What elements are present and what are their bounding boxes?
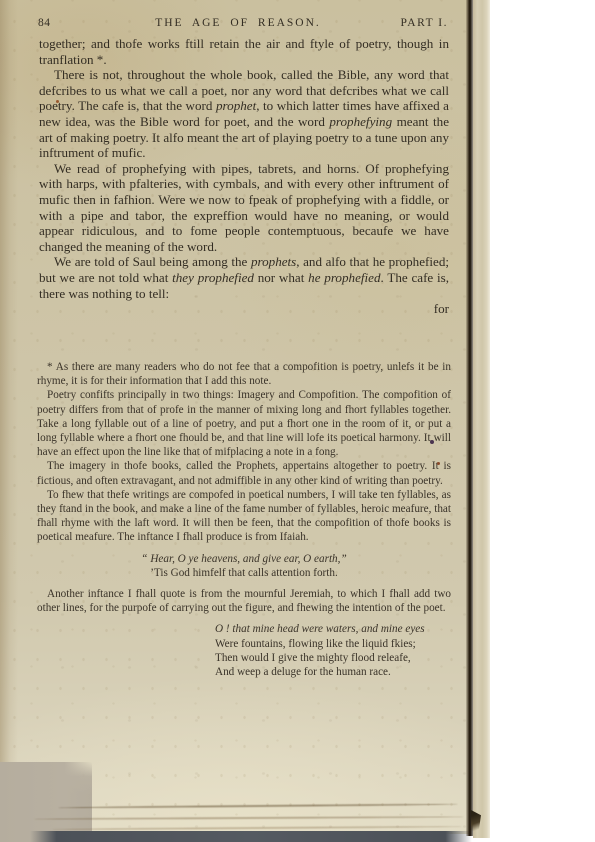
footnote-block: * As there are many readers who do not f… — [37, 360, 451, 679]
verse-line: O ! that mine head were waters, and mine… — [215, 622, 451, 636]
verse-line: “ Hear, O ye heavens, and give ear, O ea… — [37, 552, 451, 566]
footnote-paragraph: To fhew that thefe writings are compofed… — [37, 488, 451, 545]
body-paragraph: We read of prophefying with pipes, tabre… — [39, 161, 449, 255]
footnote-paragraph: Another inftance I fhall quote is from t… — [37, 587, 451, 615]
page-header: 84 THE AGE OF REASON. PART I. — [38, 17, 448, 29]
body-text-block: together; and thofe works ftill retain t… — [39, 36, 449, 317]
running-title: THE AGE OF REASON. — [98, 17, 378, 29]
footnote-paragraph: * As there are many readers who do not f… — [37, 360, 451, 388]
page-crease — [34, 816, 464, 820]
page-left-edge-shading — [0, 0, 18, 834]
body-paragraph: together; and thofe works ftill retain t… — [39, 36, 449, 67]
footnote-paragraph: Poetry confifts principally in two thing… — [37, 388, 451, 459]
page-crease — [52, 826, 462, 831]
scanner-bed-strip — [30, 831, 472, 842]
verse-line: Then would I give the mighty flood relea… — [215, 651, 451, 665]
underpage-corner — [0, 762, 92, 842]
paper-speck — [430, 440, 434, 444]
body-paragraph: There is not, throughout the whole book,… — [39, 67, 449, 161]
paper-speck — [437, 462, 440, 465]
verse-line: And weep a deluge for the human race. — [215, 665, 451, 679]
book-fore-edge — [473, 0, 490, 838]
footnote-paragraph: The imagery in thofe books, called the P… — [37, 459, 451, 487]
verse-line: ’Tis God himfelf that calls attention fo… — [37, 566, 451, 580]
page-gutter-shadow — [466, 0, 473, 836]
paper-speck — [56, 100, 59, 103]
part-label: PART I. — [378, 17, 448, 29]
isaiah-quote: “ Hear, O ye heavens, and give ear, O ea… — [37, 552, 451, 580]
catchword: for — [39, 301, 449, 317]
scanned-book-spread: 84 THE AGE OF REASON. PART I. together; … — [0, 0, 595, 842]
body-paragraph: We are told of Saul being among the prop… — [39, 254, 449, 301]
page-crease — [58, 803, 458, 808]
jeremiah-quote: O ! that mine head were waters, and mine… — [215, 622, 451, 679]
page-number: 84 — [38, 17, 98, 29]
book-page: 84 THE AGE OF REASON. PART I. together; … — [0, 0, 470, 834]
verse-line: Were fountains, flowing like the liquid … — [215, 637, 451, 651]
